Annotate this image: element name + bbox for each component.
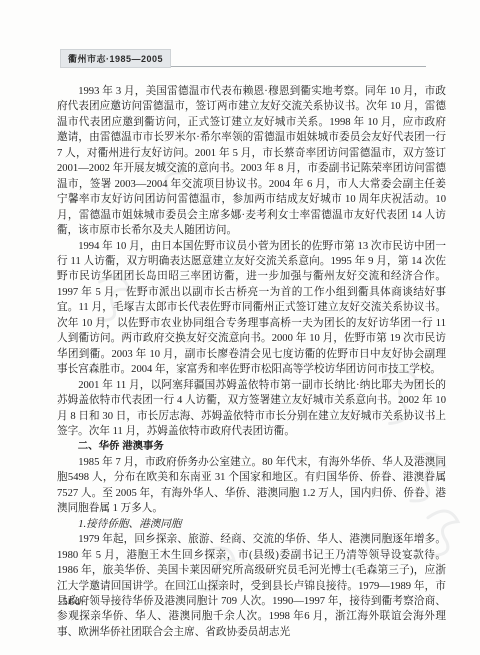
page-number: ·564·: [58, 597, 86, 608]
sub-heading-receiving-compatriots: 1.接待侨胞、港澳同胞: [57, 517, 446, 532]
paragraph-receiving-compatriots: 1979 年起，回乡探亲、旅游、经商、交流的华侨、华人、港澳同胞逐年增多。198…: [57, 532, 446, 640]
running-header-title: 衢州市志·1985—2005: [60, 49, 171, 68]
page-body-text: 1993 年 3 月，美国雷德温市代表布赖恩·穆恩到衢实地考察。同年 10 月，…: [57, 84, 446, 640]
paragraph-overseas-chinese-office: 1985 年 7 月，市政府侨务办公室建立。80 年代末，有海外华侨、华人及港澳…: [57, 455, 446, 517]
paragraph-sano-city-relations: 1994 年 10 月，由日本国佐野市议员小菅为团长的佐野市第 13 次市民访中…: [57, 239, 446, 378]
paragraph-redwood-city-relations: 1993 年 3 月，美国雷德温市代表布赖恩·穆恩到衢实地考察。同年 10 月，…: [57, 84, 446, 239]
paragraph-sumgait-city-relations: 2001 年 11 月，以阿塞拜疆国苏姆盖依特市第一副市长纳比·纳比耶夫为团长的…: [57, 378, 446, 440]
scanned-book-page: 衢州市志·1985—2005 1993 年 3 月，美国雷德温市代表布赖恩·穆恩…: [0, 0, 480, 655]
section-heading-overseas-chinese-hk-macao: 二、华侨 港澳事务: [57, 439, 446, 454]
